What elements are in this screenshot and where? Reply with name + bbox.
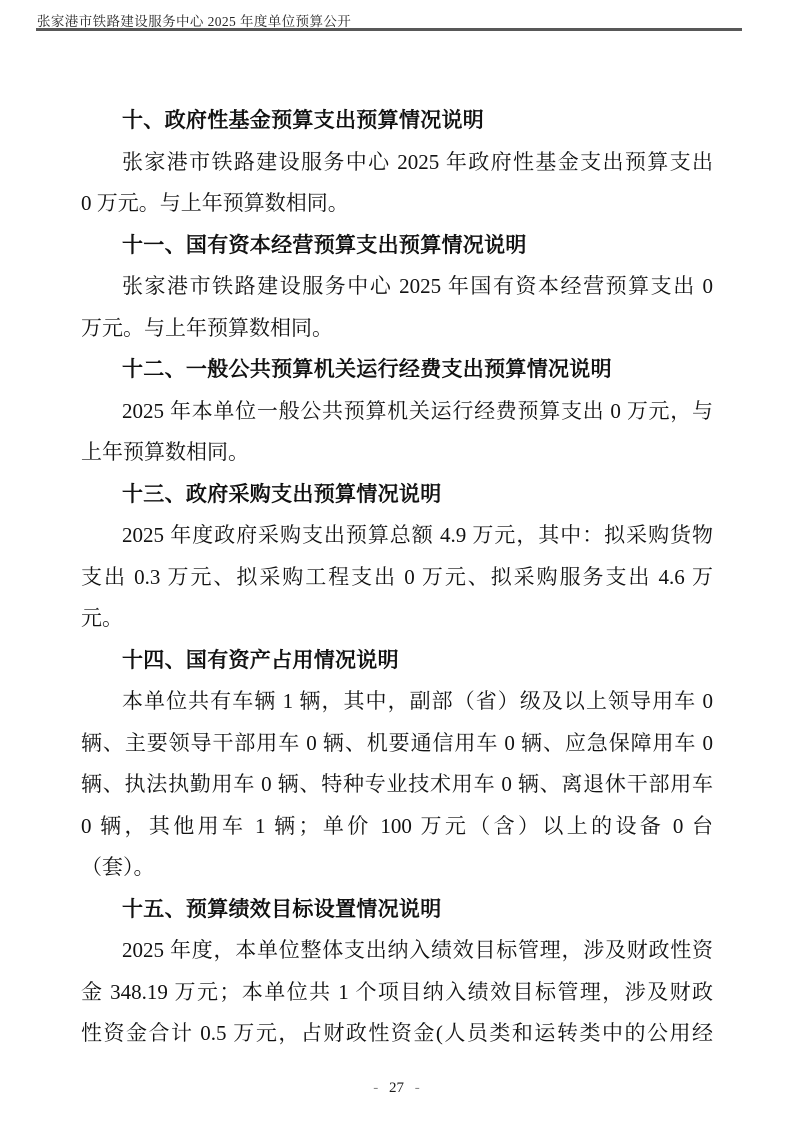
paragraph-line: 元。: [81, 598, 713, 640]
page-footer: - 27 -: [0, 1080, 793, 1097]
paragraph-line: 本单位共有车辆 1 辆，其中，副部（省）级及以上领导用车 0: [81, 681, 713, 723]
paragraph-line: 上年预算数相同。: [81, 432, 713, 474]
paragraph-line: （套）。: [81, 847, 713, 889]
section-heading: 十二、一般公共预算机关运行经费支出预算情况说明: [81, 349, 713, 391]
paragraph-line: 辆、主要领导干部用车 0 辆、机要通信用车 0 辆、应急保障用车 0: [81, 723, 713, 765]
paragraph-line: 2025 年度，本单位整体支出纳入绩效目标管理，涉及财政性资: [81, 930, 713, 972]
section-heading: 十一、国有资本经营预算支出预算情况说明: [81, 225, 713, 267]
paragraph-line: 张家港市铁路建设服务中心 2025 年国有资本经营预算支出 0: [81, 266, 713, 308]
paragraph-line: 0 万元。与上年预算数相同。: [81, 183, 713, 225]
paragraph-line: 张家港市铁路建设服务中心 2025 年政府性基金支出预算支出: [81, 142, 713, 184]
section-heading: 十五、预算绩效目标设置情况说明: [81, 889, 713, 931]
paragraph-line: 性资金合计 0.5 万元，占财政性资金(人员类和运转类中的公用经: [81, 1013, 713, 1055]
section-heading: 十三、政府采购支出预算情况说明: [81, 474, 713, 516]
page-number-dash-left: -: [373, 1080, 378, 1096]
paragraph-line: 万元。与上年预算数相同。: [81, 308, 713, 350]
paragraph-line: 0 辆，其他用车 1 辆；单价 100 万元（含）以上的设备 0 台: [81, 806, 713, 848]
document-page: 张家港市铁路建设服务中心 2025 年度单位预算公开 十、政府性基金预算支出预算…: [0, 0, 793, 1122]
document-body: 十、政府性基金预算支出预算情况说明张家港市铁路建设服务中心 2025 年政府性基…: [81, 100, 713, 1055]
page-number: 27: [389, 1080, 404, 1096]
paragraph-line: 辆、执法执勤用车 0 辆、特种专业技术用车 0 辆、离退休干部用车: [81, 764, 713, 806]
paragraph-line: 2025 年度政府采购支出预算总额 4.9 万元，其中：拟采购货物: [81, 515, 713, 557]
header-title: 张家港市铁路建设服务中心 2025 年度单位预算公开: [37, 10, 351, 30]
paragraph-line: 2025 年本单位一般公共预算机关运行经费预算支出 0 万元，与: [81, 391, 713, 433]
section-heading: 十、政府性基金预算支出预算情况说明: [81, 100, 713, 142]
section-heading: 十四、国有资产占用情况说明: [81, 640, 713, 682]
paragraph-line: 支出 0.3 万元、拟采购工程支出 0 万元、拟采购服务支出 4.6 万: [81, 557, 713, 599]
paragraph-line: 金 348.19 万元；本单位共 1 个项目纳入绩效目标管理，涉及财政: [81, 972, 713, 1014]
header-rule: [36, 28, 742, 31]
page-number-dash-right: -: [415, 1080, 420, 1096]
